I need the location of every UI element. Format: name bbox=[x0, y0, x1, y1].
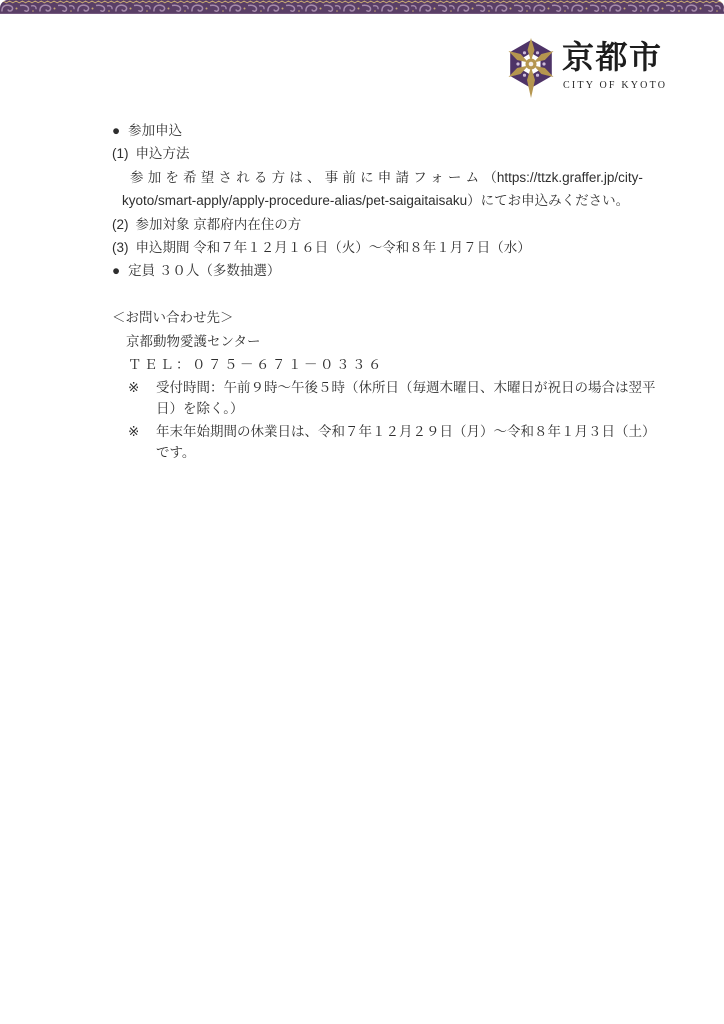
period-line: (3)申込期間 令和７年１２月１６日（火）～令和８年１月７日（水） bbox=[112, 236, 642, 259]
note-line: 日）を除く。） bbox=[112, 399, 642, 420]
method-body-text: 参加を希望される方は、事前に申請フォーム bbox=[130, 170, 483, 185]
bullet-icon: ● bbox=[112, 259, 120, 282]
note-text: 日）を除く。） bbox=[156, 401, 243, 416]
method-body-line-2: kyoto/smart-apply/apply-procedure-alias/… bbox=[112, 189, 642, 212]
note-text: 年末年始期間の休業日は、令和７年１２月２９日（月）～令和８年１月３日（土） bbox=[156, 424, 656, 439]
note-text: 受付時間：午前９時～午後５時（休所日（毎週木曜日、木曜日が祝日の場合は翌平 bbox=[156, 380, 656, 395]
contact-name: 京都動物愛護センター bbox=[112, 330, 642, 353]
item-number-1: (1) bbox=[112, 142, 129, 165]
document-body: ●参加申込 (1)申込方法 参加を希望される方は、事前に申請フォーム（https… bbox=[112, 119, 642, 464]
item-number-2: (2) bbox=[112, 213, 129, 236]
note-line: ※年末年始期間の休業日は、令和７年１２月２９日（月）～令和８年１月３日（土） bbox=[112, 422, 642, 443]
note-line: です。 bbox=[112, 443, 642, 464]
target-text: 参加対象 京都府内在住の方 bbox=[136, 217, 302, 232]
application-form-url-end: kyoto/smart-apply/apply-procedure-alias/… bbox=[122, 193, 629, 208]
method-body-line-1: 参加を希望される方は、事前に申請フォーム（https://ttzk.graffe… bbox=[112, 166, 642, 189]
blank-line bbox=[112, 283, 642, 306]
application-heading: ●参加申込 bbox=[112, 119, 642, 142]
contact-heading: ＜お問い合わせ先＞ bbox=[112, 306, 642, 329]
method-title: 申込方法 bbox=[136, 146, 190, 161]
capacity-line: ●定員 ３０人（多数抽選） bbox=[112, 259, 642, 282]
note-year-end-closure: ※年末年始期間の休業日は、令和７年１２月２９日（月）～令和８年１月３日（土） で… bbox=[112, 422, 642, 463]
contact-tel: ＴＥＬ：０７５－６７１－０３３６ bbox=[112, 353, 642, 376]
reference-mark-icon: ※ bbox=[128, 422, 156, 443]
application-form-url-start: （https://ttzk.graffer.jp/city- bbox=[483, 170, 643, 185]
logo-kanji-title: 京都市 bbox=[562, 38, 663, 76]
target-line: (2)参加対象 京都府内在住の方 bbox=[112, 213, 642, 236]
reference-mark-icon: ※ bbox=[128, 378, 156, 399]
bullet-icon: ● bbox=[112, 119, 120, 142]
decorative-top-border bbox=[0, 0, 724, 14]
document-page: 京都市 CITY OF KYOTO ●参加申込 (1)申込方法 参加を希望される… bbox=[0, 0, 724, 1024]
logo-latin-subtitle: CITY OF KYOTO bbox=[563, 80, 667, 91]
note-text: です。 bbox=[156, 445, 195, 460]
kyoto-city-emblem-icon bbox=[504, 36, 558, 98]
kyoto-city-logo: 京都市 CITY OF KYOTO bbox=[504, 36, 664, 100]
period-text: 申込期間 令和７年１２月１６日（火）～令和８年１月７日（水） bbox=[136, 240, 531, 255]
method-title-line: (1)申込方法 bbox=[112, 142, 642, 165]
karakusa-pattern bbox=[0, 0, 724, 14]
capacity-text: 定員 ３０人（多数抽選） bbox=[128, 263, 280, 278]
item-number-3: (3) bbox=[112, 236, 129, 259]
note-line: ※受付時間：午前９時～午後５時（休所日（毎週木曜日、木曜日が祝日の場合は翌平 bbox=[112, 378, 642, 399]
note-reception-hours: ※受付時間：午前９時～午後５時（休所日（毎週木曜日、木曜日が祝日の場合は翌平 日… bbox=[112, 378, 642, 419]
application-heading-label: 参加申込 bbox=[128, 123, 182, 138]
